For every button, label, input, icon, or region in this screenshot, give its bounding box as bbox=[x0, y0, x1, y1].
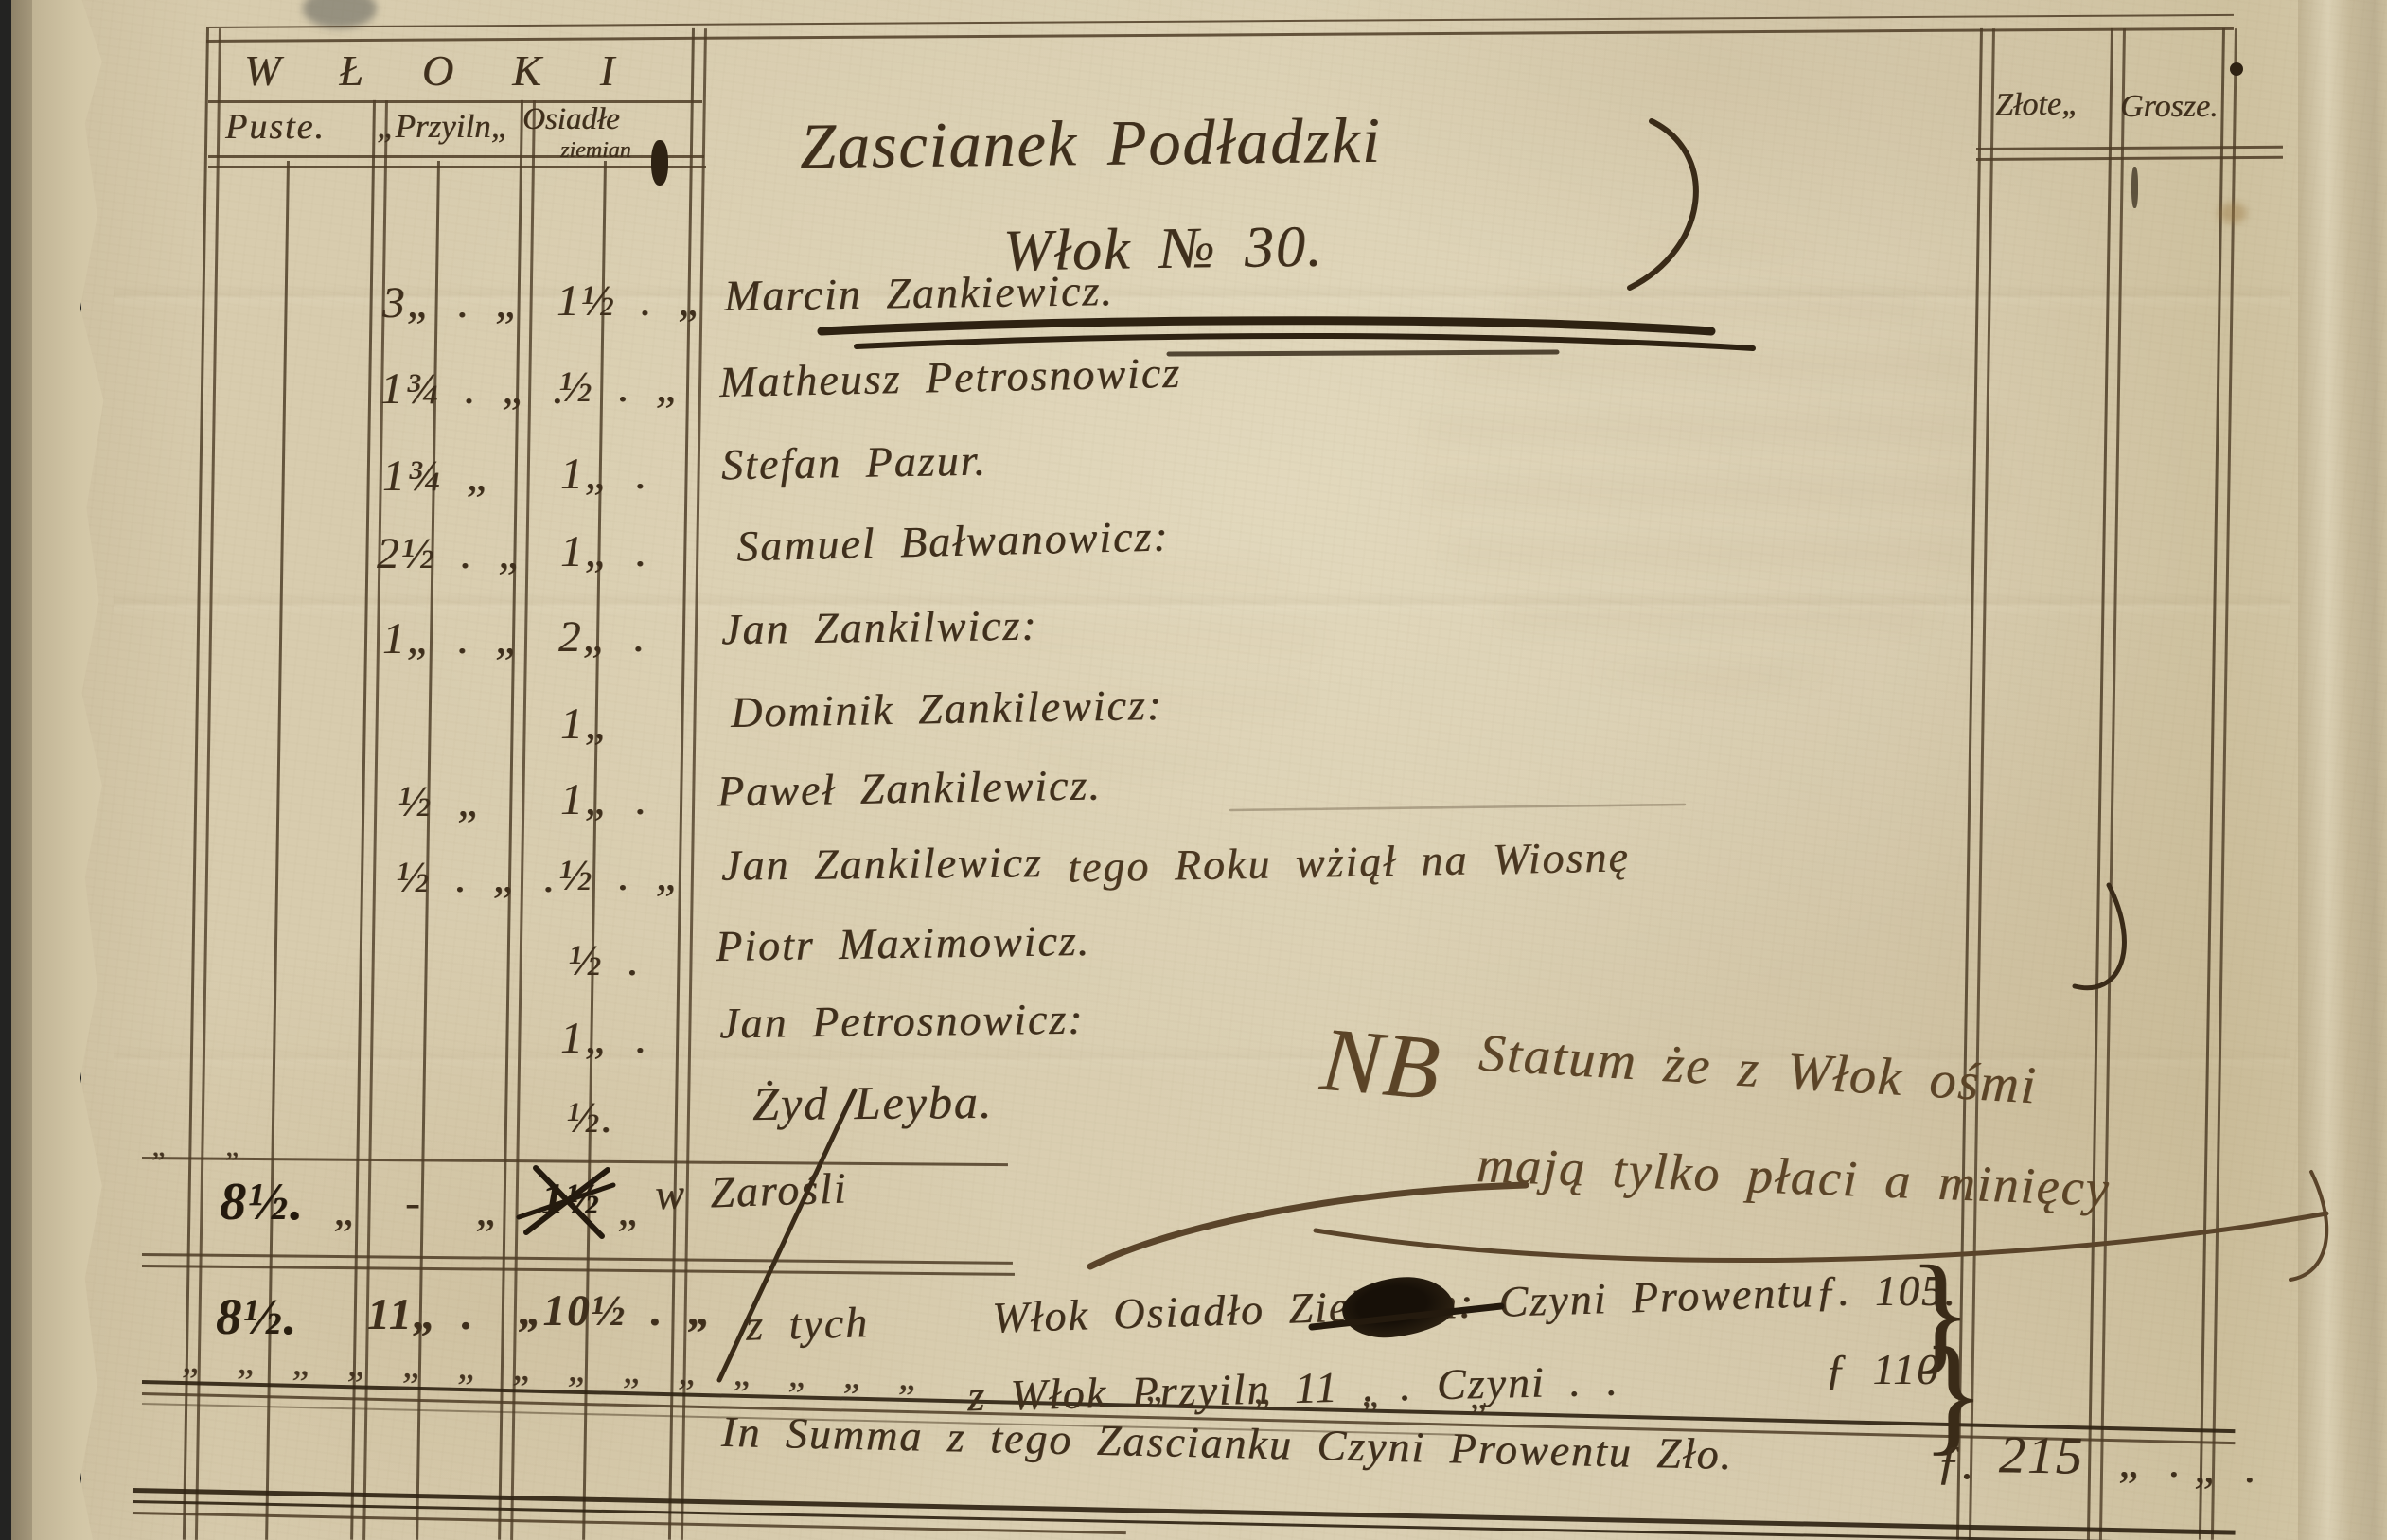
subtotal-mark: „ bbox=[333, 1185, 360, 1236]
row-name: Jan Petrosnowicz: bbox=[719, 994, 1085, 1049]
row-name: Jan Zankilewicz bbox=[721, 837, 1043, 891]
row-name: Jan Zankilwicz: bbox=[721, 600, 1038, 655]
row-name: Dominik Zankilewicz: bbox=[731, 680, 1164, 737]
right-fold-crease bbox=[2298, 0, 2387, 1540]
row-osiadle: 1„ bbox=[560, 699, 611, 750]
row-przyiln: ½ „ bbox=[398, 776, 484, 827]
column-header-puste: Puste. bbox=[225, 106, 326, 148]
row-przyiln: 3„ . „ bbox=[382, 277, 522, 328]
ink-blob bbox=[651, 140, 668, 186]
subtotal-crossed-value: 1½ bbox=[541, 1174, 601, 1225]
row-osiadle: 2„ . bbox=[558, 611, 646, 663]
row-przyiln: 1¾ . „ . bbox=[380, 363, 566, 415]
ink-bleedthrough bbox=[928, 530, 1325, 776]
row-przyiln: ½ . „ . bbox=[396, 852, 557, 903]
column-header-zlote: Złote„ bbox=[1995, 86, 2079, 124]
row-osiadle: 1½ . „ bbox=[557, 275, 704, 327]
row-osiadle: ½ . „ bbox=[558, 850, 682, 901]
total-line1-prefix: z tych bbox=[745, 1297, 869, 1351]
in-summa-grosze-marks: „ . bbox=[2194, 1443, 2258, 1494]
row-name: Samuel Bałwanowicz: bbox=[735, 510, 1170, 571]
column-header-przyiln: „Przyiln„ bbox=[377, 108, 509, 146]
row-osiadle: 1„ . bbox=[560, 449, 648, 500]
nb-initials: NB bbox=[1317, 1006, 1445, 1122]
subtotal-mark: „ bbox=[617, 1185, 644, 1236]
total-osiadle: „10½ . „ bbox=[519, 1285, 713, 1336]
row-name: Żyd Leyba. bbox=[752, 1074, 994, 1131]
row-name: Stefan Pazur. bbox=[721, 435, 988, 490]
in-summa-amount: 215 bbox=[1998, 1425, 2084, 1487]
row-osiadle: ½ . „ bbox=[558, 362, 682, 413]
column-header-osiadle-sub: ziemian bbox=[560, 138, 631, 164]
column-header-osiadle: Osiadłe bbox=[522, 102, 620, 137]
row-name: Matheusz Petrosnowicz bbox=[718, 347, 1181, 407]
row-osiadle: ½ . bbox=[568, 935, 641, 986]
row-osiadle: 1„ . bbox=[560, 774, 648, 825]
column-header-grosze: Grosze. bbox=[2120, 89, 2219, 125]
row-przyiln: 1¾ „ bbox=[382, 451, 493, 502]
subtotal-mark: - bbox=[405, 1177, 422, 1229]
row-osiadle: 1„ . bbox=[560, 1013, 648, 1064]
ink-bleedthrough bbox=[1420, 237, 2007, 691]
ink-dot bbox=[2230, 62, 2243, 76]
wloki-group-title: WŁOKI bbox=[244, 45, 673, 96]
subtotal-mark: „ bbox=[475, 1185, 502, 1236]
page-title-line1: Zascianek Podładzki bbox=[800, 103, 1382, 184]
ink-drip bbox=[2131, 167, 2138, 208]
paper-stain bbox=[2219, 203, 2247, 223]
row-name: Paweł Zankilewicz. bbox=[717, 759, 1103, 816]
in-summa-florin: ƒ. bbox=[1936, 1435, 1976, 1491]
row-name-zarosli: w Zarośli bbox=[654, 1162, 848, 1219]
total-przyiln: 11„ . bbox=[367, 1289, 474, 1340]
row-osiadle: 1„ . bbox=[560, 526, 648, 577]
manuscript-ledger-page: WŁOKI Puste. „Przyiln„ Osiadłe ziemian Z… bbox=[0, 0, 2387, 1540]
rule-tick-marks: „ „ bbox=[151, 1128, 261, 1163]
row-osiadle: ½. bbox=[566, 1092, 614, 1143]
wloki-header-underline bbox=[208, 100, 702, 103]
row-name: Piotr Maximowicz. bbox=[716, 915, 1091, 971]
row-przyiln: 2½ . „ bbox=[377, 528, 524, 579]
row-name: Marcin Zankiewicz. bbox=[724, 265, 1114, 321]
column-header-underline bbox=[208, 166, 706, 168]
subtotal-puste: 8½. bbox=[220, 1172, 305, 1232]
in-summa-zlote-marks: „ . bbox=[2118, 1437, 2183, 1488]
row-przyiln: 1„ . „ bbox=[382, 613, 522, 664]
